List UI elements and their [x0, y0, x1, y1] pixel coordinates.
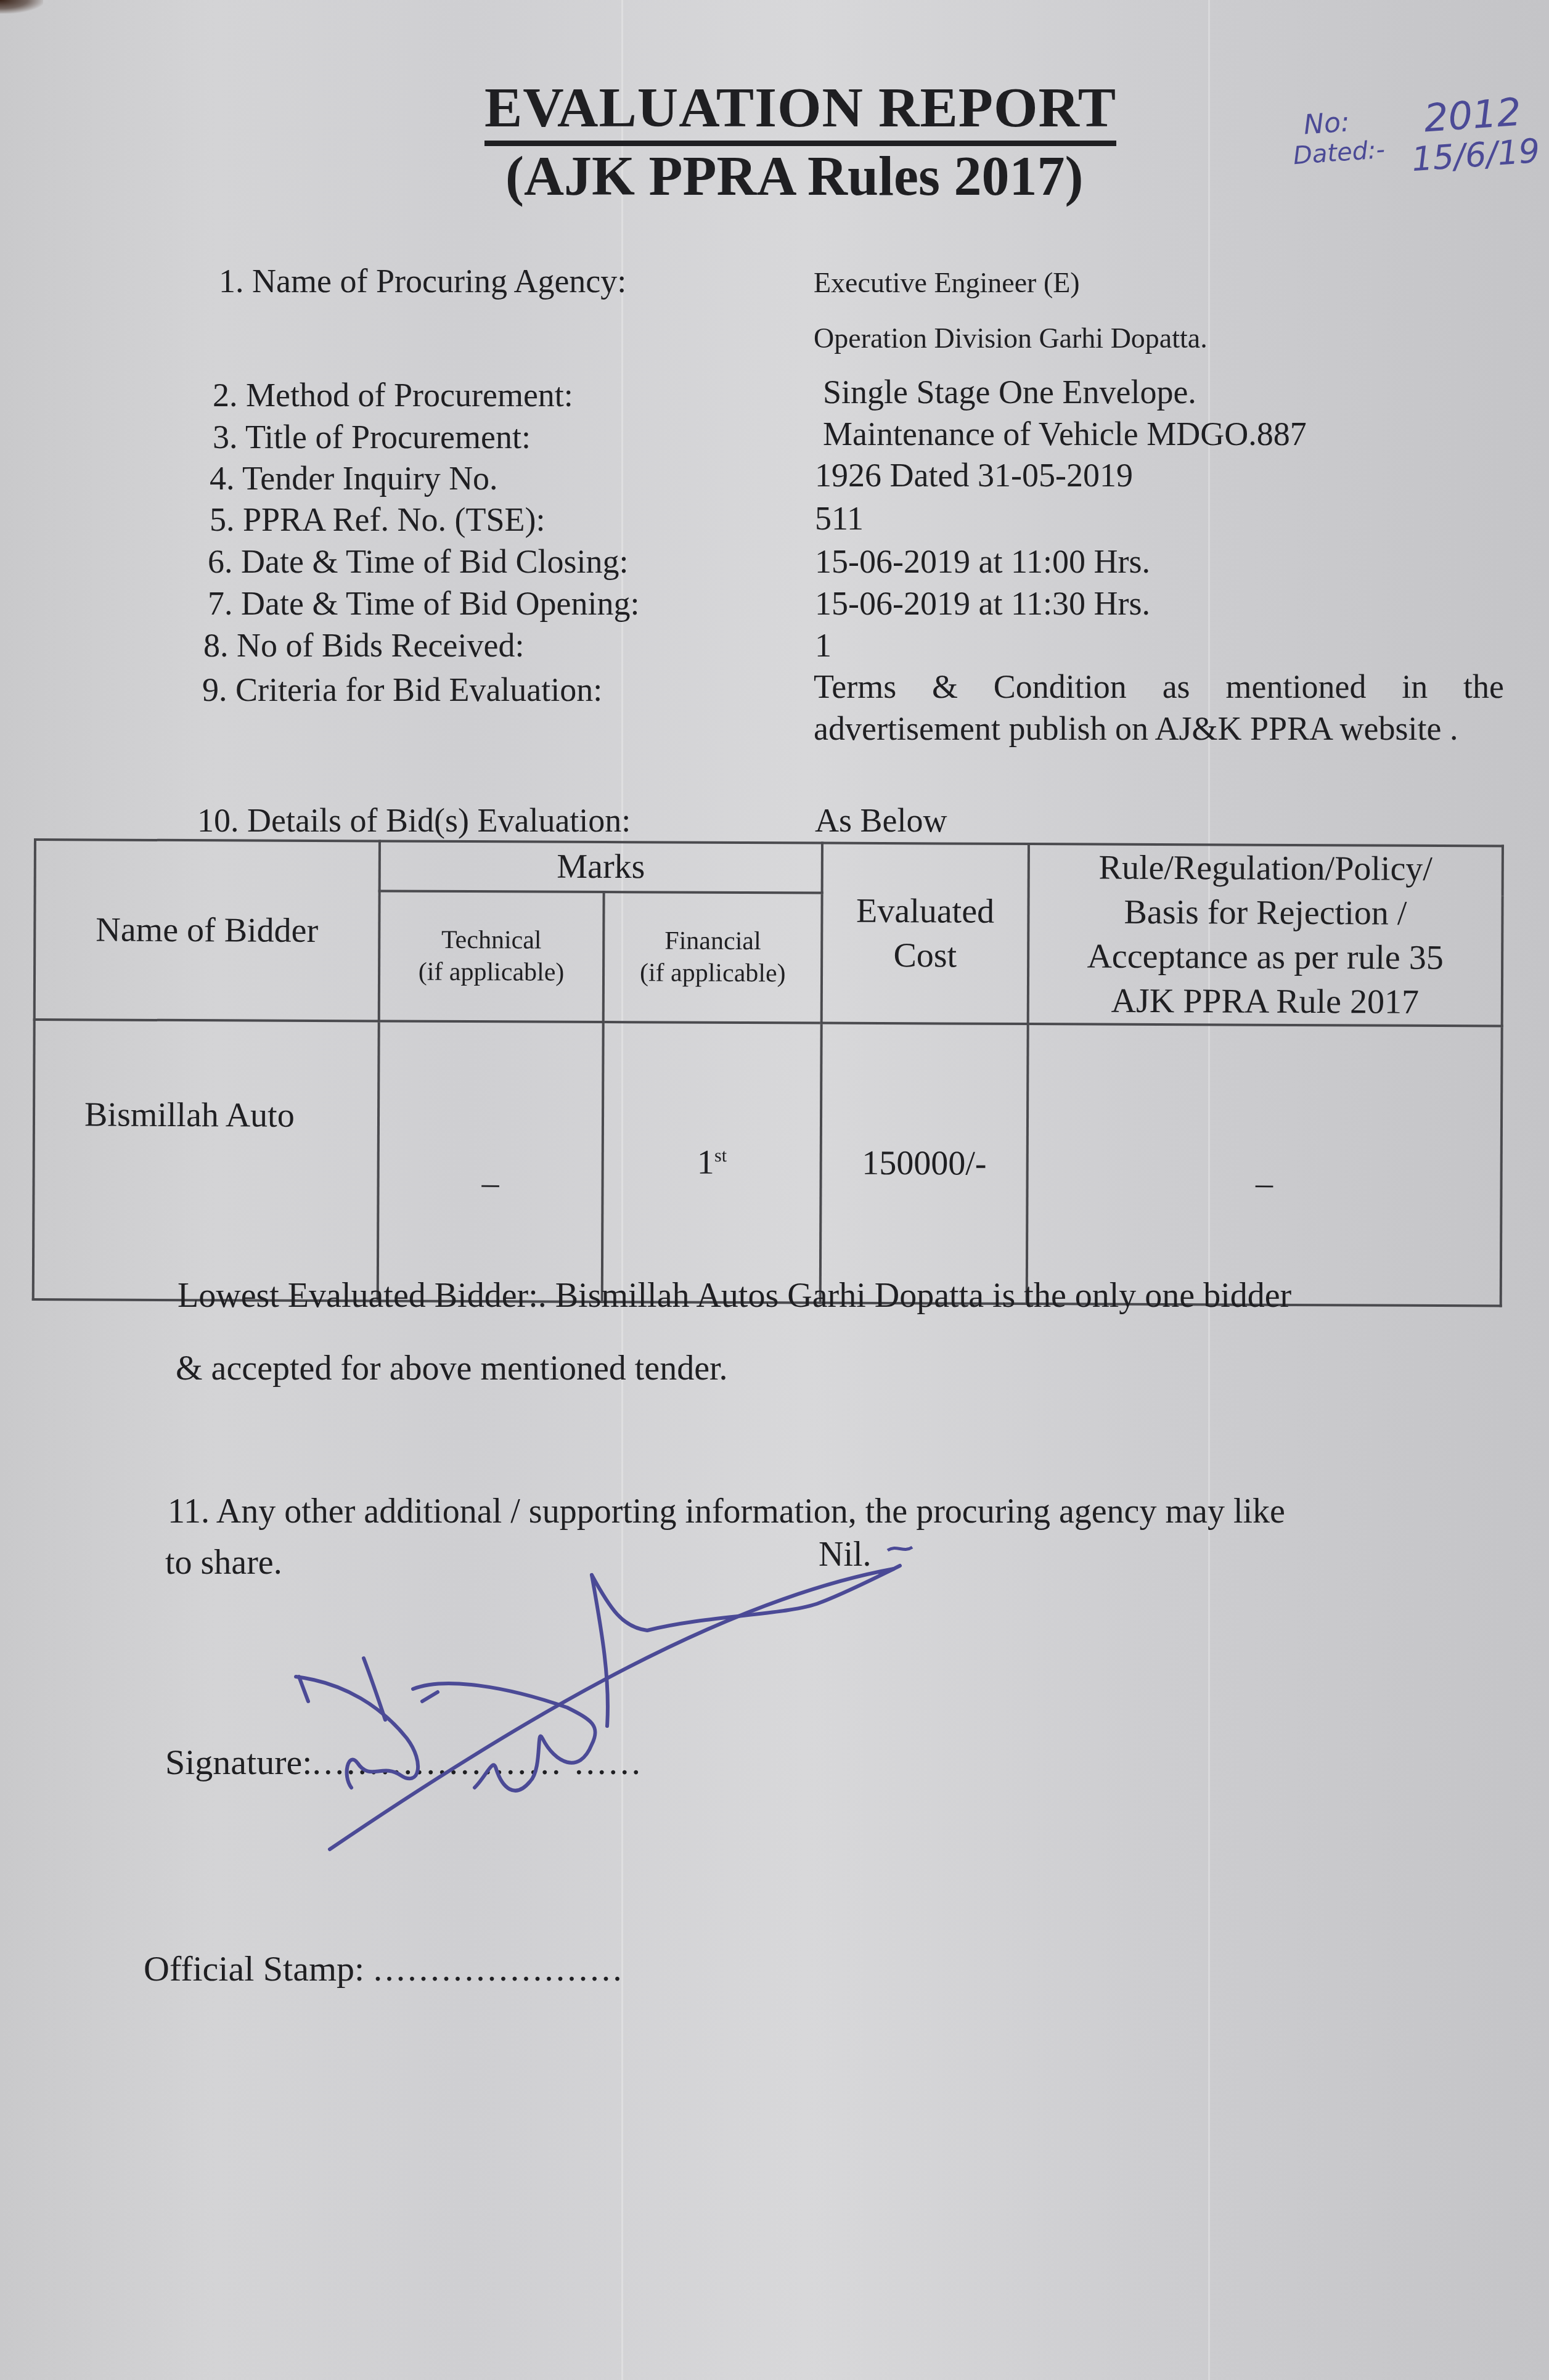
- lowest-bidder-line2: & accepted for above mentioned tender.: [176, 1349, 728, 1388]
- field-label-tender-inquiry: 4. Tender Inquiry No.: [210, 459, 498, 497]
- field-value-criteria: Terms & Condition as mentioned in the ad…: [814, 666, 1504, 750]
- field-label-criteria: 9. Criteria for Bid Evaluation:: [202, 671, 602, 709]
- field-value-method: Single Stage One Envelope.: [823, 373, 1196, 411]
- report-title: EVALUATION REPORT: [484, 79, 1116, 146]
- additional-info-value: Nil.: [819, 1535, 872, 1574]
- field-value-ppra-ref: 511: [815, 499, 864, 538]
- field-label-title: 3. Title of Procurement:: [213, 418, 531, 456]
- cell-rule-basis: –: [1027, 1024, 1502, 1306]
- header-rule-line1: Rule/Regulation/Policy/: [1030, 845, 1502, 891]
- header-rule-line3: Acceptance as per rule 35: [1029, 934, 1501, 980]
- field-label-method: 2. Method of Procurement:: [213, 376, 573, 414]
- signature-label: Signature:: [165, 1742, 312, 1782]
- field-value-bid-closing: 15-06-2019 at 11:00 Hrs.: [815, 542, 1150, 581]
- cell-financial-marks: 1st: [602, 1022, 822, 1303]
- official-stamp-label: Official Stamp:: [144, 1949, 364, 1989]
- bid-evaluation-table: Name of Bidder Marks Evaluated Cost Rule…: [32, 838, 1504, 1307]
- field-value-title: Maintenance of Vehicle MDGO.887: [823, 415, 1307, 453]
- additional-info-line1: 11. Any other additional / supporting in…: [168, 1492, 1285, 1531]
- header-evaluated-cost-line1: Evaluated: [824, 889, 1028, 934]
- financial-rank-suffix: st: [714, 1145, 727, 1166]
- field-label-ppra-ref: 5. PPRA Ref. No. (TSE):: [210, 501, 546, 539]
- cell-bidder-name: Bismillah Auto: [33, 1020, 379, 1301]
- field-label-bid-opening: 7. Date & Time of Bid Opening:: [208, 584, 640, 623]
- field-value-agency: Executive Engineer (E): [814, 266, 1080, 299]
- financial-rank: 1: [697, 1143, 714, 1182]
- header-financial-note: (if applicable): [605, 957, 821, 990]
- header-rule-line4: AJK PPRA Rule 2017: [1029, 978, 1501, 1024]
- table-row: Bismillah Auto – 1st 150000/- –: [33, 1020, 1502, 1306]
- field-label-bids-received: 8. No of Bids Received:: [203, 626, 524, 665]
- field-value-bids-received: 1: [815, 626, 832, 665]
- signature-field: Signature:...................... ......: [165, 1741, 643, 1783]
- field-value-bid-details: As Below: [815, 801, 947, 840]
- field-value-bid-opening: 15-06-2019 at 11:30 Hrs.: [815, 584, 1150, 623]
- handwritten-no-label: No:: [1302, 106, 1351, 141]
- header-technical: Technical (if applicable): [379, 891, 604, 1022]
- cell-evaluated-cost: 150000/-: [820, 1023, 1028, 1304]
- table-header-row: Name of Bidder Marks Evaluated Cost Rule…: [35, 840, 1503, 896]
- header-evaluated-cost: Evaluated Cost: [822, 843, 1029, 1024]
- field-label-agency: 1. Name of Procuring Agency:: [219, 262, 626, 300]
- handwritten-dated-value: 15/6/19: [1410, 131, 1541, 179]
- header-evaluated-cost-line2: Cost: [823, 933, 1027, 978]
- header-financial: Financial (if applicable): [603, 892, 822, 1023]
- header-technical-label: Technical: [380, 924, 602, 957]
- official-stamp-line: ......................: [374, 1949, 624, 1989]
- lowest-bidder-line1: Lowest Evaluated Bidder:. Bismillah Auto…: [178, 1276, 1291, 1315]
- cell-technical-marks: –: [378, 1021, 603, 1302]
- signature-line: ...................... ......: [312, 1742, 643, 1782]
- header-rule-line2: Basis for Rejection /: [1029, 889, 1501, 936]
- additional-info-line2: to share.: [165, 1543, 282, 1582]
- field-value-tender-inquiry: 1926 Dated 31-05-2019: [815, 456, 1133, 494]
- report-subtitle: (AJK PPRA Rules 2017): [505, 149, 1083, 205]
- header-rule-basis: Rule/Regulation/Policy/ Basis for Reject…: [1028, 844, 1503, 1026]
- field-label-bid-closing: 6. Date & Time of Bid Closing:: [208, 542, 629, 581]
- photo-corner-shadow: [0, 0, 43, 14]
- header-name-of-bidder: Name of Bidder: [35, 840, 380, 1021]
- field-label-bid-details: 10. Details of Bid(s) Evaluation:: [197, 801, 631, 840]
- handwritten-dated-label: Dated:-: [1293, 136, 1386, 170]
- header-marks: Marks: [380, 841, 823, 893]
- header-technical-note: (if applicable): [380, 956, 602, 989]
- header-financial-label: Financial: [605, 925, 821, 958]
- field-value-agency-line2: Operation Division Garhi Dopatta.: [814, 322, 1208, 354]
- official-stamp-field: Official Stamp: ......................: [144, 1948, 624, 1989]
